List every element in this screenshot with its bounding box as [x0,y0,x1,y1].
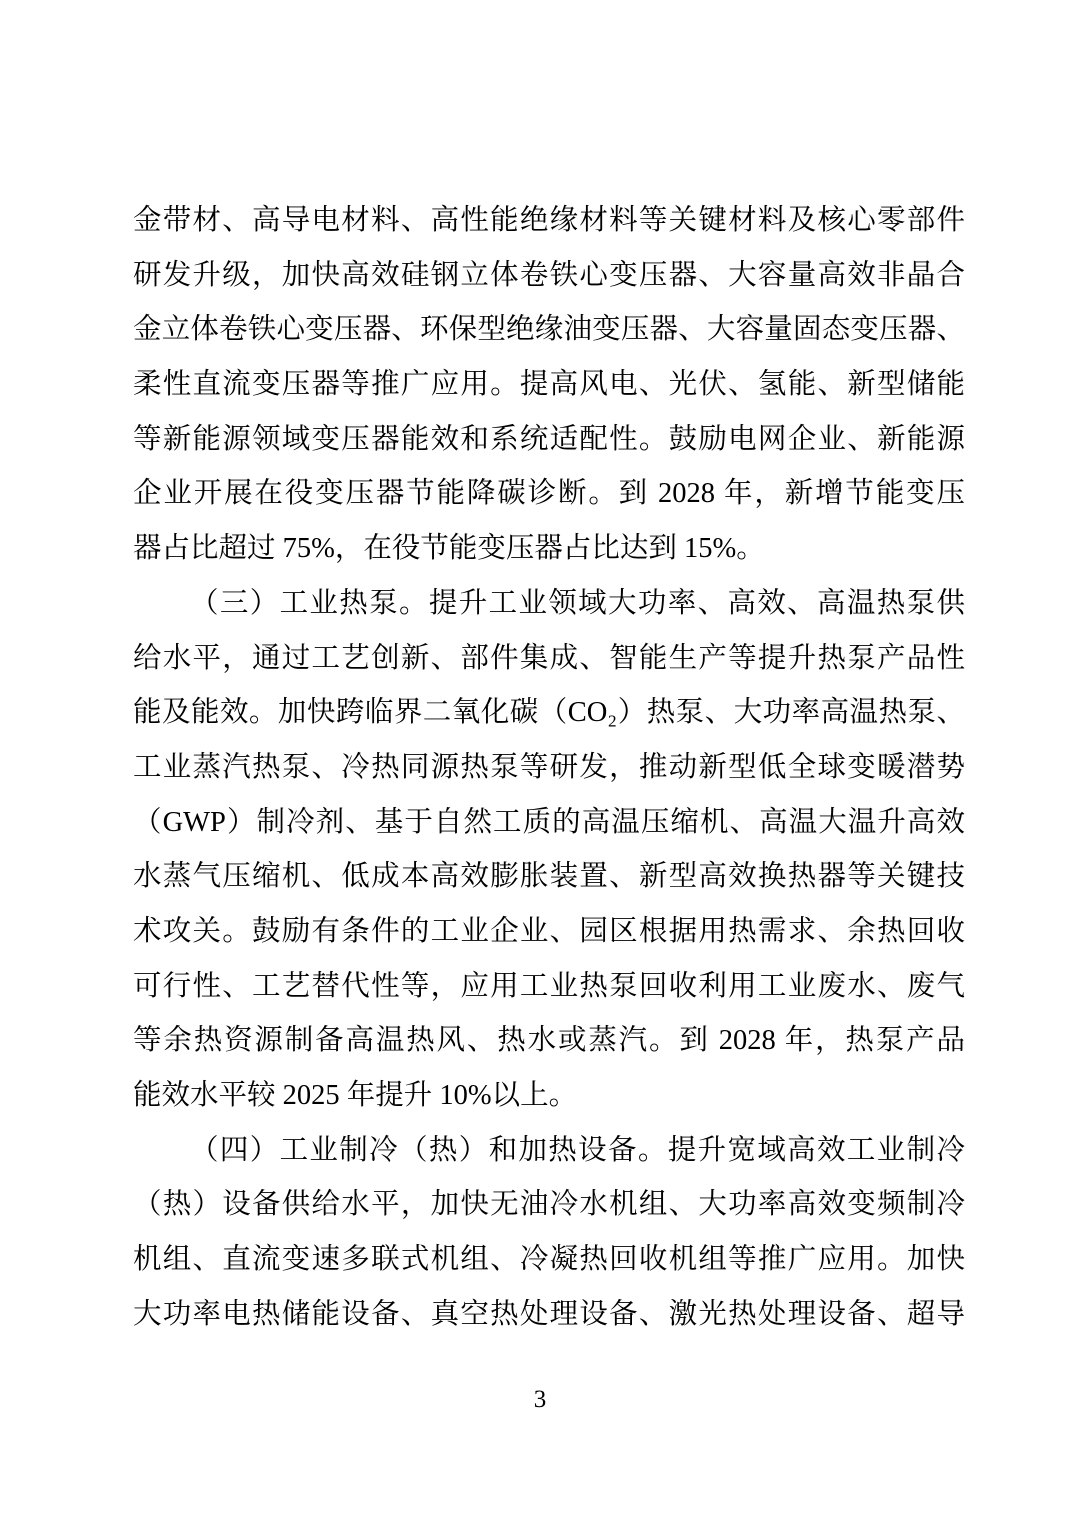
text-line: 工业蒸汽热泵、冷热同源热泵等研发，推动新型低全球变暖潜势 [133,741,965,796]
text-line: （GWP）制冷剂、基于自然工质的高温压缩机、高温大温升高效 [133,796,965,851]
text-line: 等余热资源制备高温热风、热水或蒸汽。到 2028 年，热泵产品 [133,1014,965,1069]
document-page: 金带材、高导电材料、高性能绝缘材料等关键材料及核心零部件 研发升级，加快高效硅钢… [0,0,1080,1527]
text-line: 能效水平较 2025 年提升 10%以上。 [133,1069,965,1124]
text-line: 柔性直流变压器等推广应用。提高风电、光伏、氢能、新型储能 [133,358,965,413]
document-body: 金带材、高导电材料、高性能绝缘材料等关键材料及核心零部件 研发升级，加快高效硅钢… [133,194,965,1342]
text-line: （热）设备供给水平，加快无油冷水机组、大功率高效变频制冷 [133,1178,965,1233]
text-line: 水蒸气压缩机、低成本高效膨胀装置、新型高效换热器等关键技 [133,850,965,905]
text-line-section-3: （三）工业热泵。提升工业领域大功率、高效、高温热泵供 [133,577,965,632]
text-line: 器占比超过 75%，在役节能变压器占比达到 15%。 [133,522,965,577]
text-line: 金立体卷铁心变压器、环保型绝缘油变压器、大容量固态变压器、 [133,303,965,358]
text-line: 可行性、工艺替代性等，应用工业热泵回收利用工业废水、废气 [133,960,965,1015]
text-line: 机组、直流变速多联式机组、冷凝热回收机组等推广应用。加快 [133,1233,965,1288]
text-line: 能及能效。加快跨临界二氧化碳（CO₂）热泵、大功率高温热泵、 [133,686,965,741]
text-line: 给水平，通过工艺创新、部件集成、智能生产等提升热泵产品性 [133,632,965,687]
text-line-section-4: （四）工业制冷（热）和加热设备。提升宽域高效工业制冷 [133,1124,965,1179]
text-run: 提升工业领域大功率、高效、高温热泵供 [429,588,965,619]
page-number: 3 [0,1384,1080,1416]
section-heading-3: （三）工业热泵。 [190,588,429,619]
text-run: 提升宽域高效工业制冷 [668,1135,965,1166]
text-line: 金带材、高导电材料、高性能绝缘材料等关键材料及核心零部件 [133,194,965,249]
text-line: 企业开展在役变压器节能降碳诊断。到 2028 年，新增节能变压 [133,467,965,522]
text-line: 术攻关。鼓励有条件的工业企业、园区根据用热需求、余热回收 [133,905,965,960]
text-line: 研发升级，加快高效硅钢立体卷铁心变压器、大容量高效非晶合 [133,249,965,304]
text-line: 等新能源领域变压器能效和系统适配性。鼓励电网企业、新能源 [133,413,965,468]
text-line: 大功率电热储能设备、真空热处理设备、激光热处理设备、超导 [133,1288,965,1343]
section-heading-4: （四）工业制冷（热）和加热设备。 [190,1135,668,1166]
